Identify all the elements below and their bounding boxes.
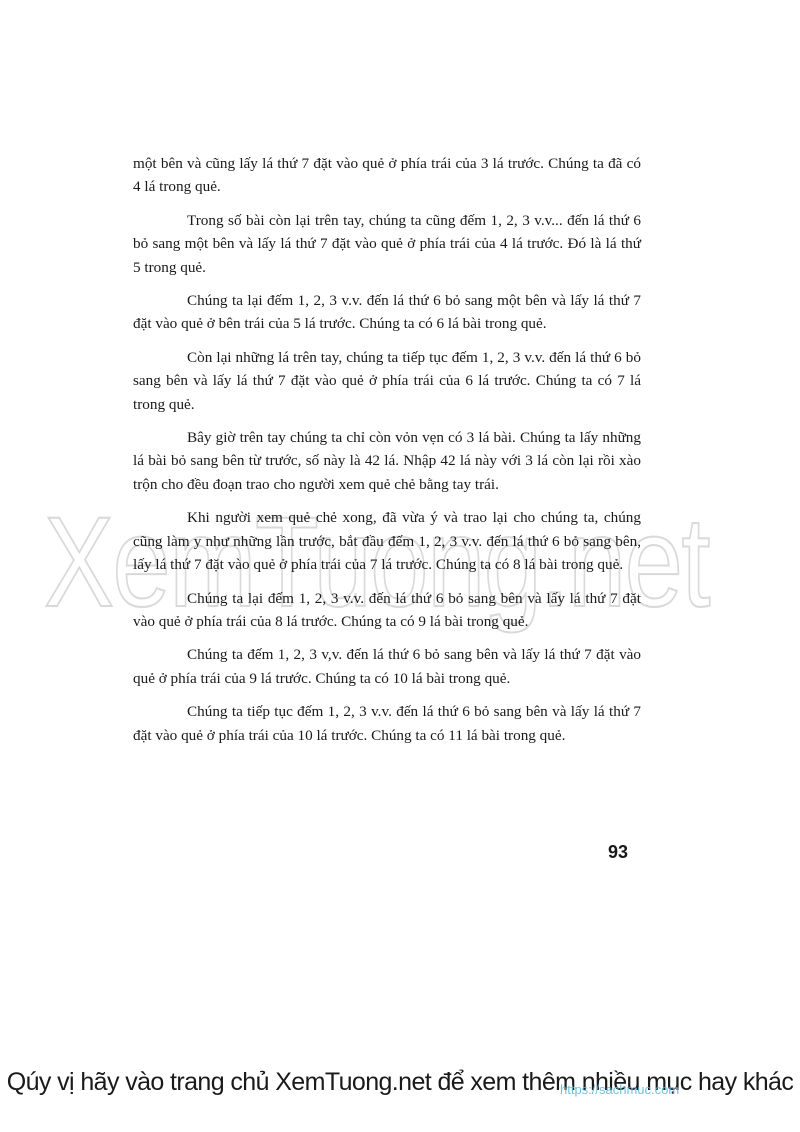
paragraph: Chúng ta lại đếm 1, 2, 3 v.v. đến lá thứ… <box>133 289 641 336</box>
page-body: một bên và cũng lấy lá thứ 7 đặt vào quẻ… <box>133 152 641 757</box>
footer-overlay-link[interactable]: https://sachmuc.com <box>560 1082 679 1097</box>
paragraph: Còn lại những lá trên tay, chúng ta tiếp… <box>133 346 641 416</box>
paragraph: Bây giờ trên tay chúng ta chỉ còn vỏn vẹ… <box>133 426 641 496</box>
paragraph: Chúng ta tiếp tục đếm 1, 2, 3 v.v. đến l… <box>133 700 641 747</box>
paragraph: Chúng ta lại đếm 1, 2, 3 v.v. đến lá thứ… <box>133 587 641 634</box>
footer-promo-text: Qúy vị hãy vào trang chủ XemTuong.net để… <box>0 1068 800 1097</box>
page-number: 93 <box>608 842 628 863</box>
paragraph: Trong số bài còn lại trên tay, chúng ta … <box>133 209 641 279</box>
paragraph: Khi người xem quẻ chẻ xong, đã vừa ý và … <box>133 506 641 576</box>
paragraph: một bên và cũng lấy lá thứ 7 đặt vào quẻ… <box>133 152 641 199</box>
paragraph: Chúng ta đếm 1, 2, 3 v,v. đến lá thứ 6 b… <box>133 643 641 690</box>
